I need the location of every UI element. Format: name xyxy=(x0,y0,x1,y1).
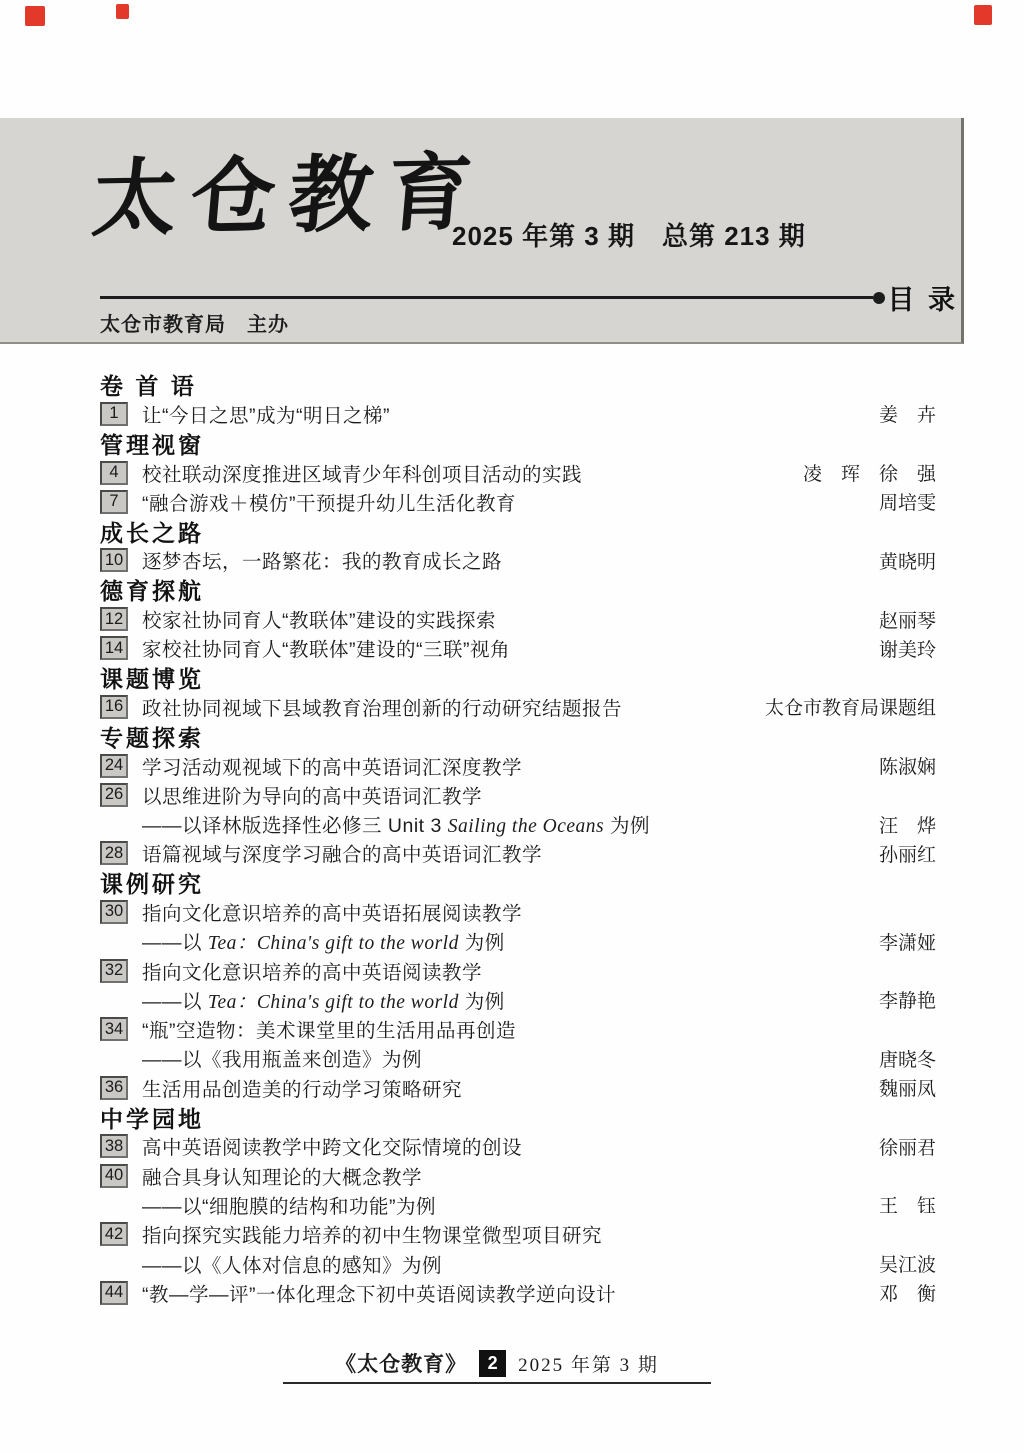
toc-entry-row: 24学习活动观视域下的高中英语词汇深度教学陈淑娴 xyxy=(100,751,936,780)
title-segment: 逐梦杏坛，一路繁花：我的教育成长之路 xyxy=(142,551,502,573)
title-segment: 高中英语阅读教学中跨文化交际情境的创设 xyxy=(142,1137,522,1159)
toc-entry-row: 44“教—学—评”一体化理念下初中英语阅读教学逆向设计邓 衡 xyxy=(100,1278,936,1307)
page-number-box: 7 xyxy=(100,490,128,514)
title-segment: 让“今日之思”成为“明日之梯” xyxy=(142,405,390,427)
title-segment: 学习活动观视域下的高中英语词汇深度教学 xyxy=(142,757,522,779)
title-segment: 以思维进阶为导向的高中英语词汇教学 xyxy=(142,786,482,808)
toc-entry-row: ——以《我用瓶盖来创造》为例唐晓冬 xyxy=(100,1044,936,1073)
toc-entry-row: 10逐梦杏坛，一路繁花：我的教育成长之路黄晓明 xyxy=(100,546,936,575)
title-segment: 为例 xyxy=(459,991,505,1013)
article-author: 汪 烨 xyxy=(879,811,936,838)
red-registration-mark xyxy=(25,6,45,26)
article-title: 校家社协同育人“教联体”建设的实践探索 xyxy=(142,605,496,633)
article-title: “瓶”空造物：美术课堂里的生活用品再创造 xyxy=(142,1015,516,1043)
title-segment: “融合游戏＋模仿”干预提升幼儿生活化教育 xyxy=(142,493,516,515)
horizontal-rule xyxy=(100,296,873,299)
page-number-box: 34 xyxy=(100,1017,128,1041)
title-segment: 语篇视域与深度学习融合的高中英语词汇教学 xyxy=(142,844,542,866)
title-segment: ——以“细胞膜的结构和功能”为例 xyxy=(142,1196,436,1218)
title-segment: 指向探究实践能力培养的初中生物课堂微型项目研究 xyxy=(142,1225,602,1247)
page-number-box: 24 xyxy=(100,754,128,778)
toc-entry-row: ——以《人体对信息的感知》为例吴江波 xyxy=(100,1249,936,1278)
article-author: 黄晓明 xyxy=(879,547,936,574)
toc-entry-row: 26以思维进阶为导向的高中英语词汇教学 xyxy=(100,780,936,809)
footer-page-number: 2 xyxy=(479,1350,506,1377)
toc-entry-row: 42指向探究实践能力培养的初中生物课堂微型项目研究 xyxy=(100,1220,936,1249)
article-title: “融合游戏＋模仿”干预提升幼儿生活化教育 xyxy=(142,488,516,516)
page-number-box: 12 xyxy=(100,607,128,631)
article-author: 吴江波 xyxy=(879,1250,936,1277)
article-author: 姜 卉 xyxy=(879,400,936,427)
english-title-segment: Tea：China's gift to the world xyxy=(208,933,459,954)
page-number-box: 1 xyxy=(100,402,128,426)
page-footer: 《太仓教育》 2 2025 年第 3 期 xyxy=(283,1348,711,1378)
toc-list: 卷 首 语1让“今日之思”成为“明日之梯”姜 卉管理视窗4校社联动深度推进区域青… xyxy=(100,370,936,1308)
toc-section-title: 课题博览 xyxy=(100,663,936,692)
toc-entry-row: 38高中英语阅读教学中跨文化交际情境的创设徐丽君 xyxy=(100,1132,936,1161)
english-title-segment: Sailing the Oceans xyxy=(448,816,604,837)
title-segment: 生活用品创造美的行动学习策略研究 xyxy=(142,1079,462,1101)
page-number-box: 16 xyxy=(100,695,128,719)
title-segment: ——以《人体对信息的感知》为例 xyxy=(142,1255,442,1277)
article-author: 陈淑娴 xyxy=(879,752,936,779)
toc-entry-row: 40融合具身认知理论的大概念教学 xyxy=(100,1161,936,1190)
toc-entry-row: ——以“细胞膜的结构和功能”为例王 钰 xyxy=(100,1190,936,1219)
title-segment: ——以译林版选择性必修三 Unit 3 xyxy=(142,815,448,837)
article-title: ——以译林版选择性必修三 Unit 3 Sailing the Oceans 为… xyxy=(142,810,650,838)
toc-entry-row: 36生活用品创造美的行动学习策略研究魏丽凤 xyxy=(100,1073,936,1102)
article-author: 邓 衡 xyxy=(879,1279,936,1306)
journal-title-calligraphy: 太仓教育 xyxy=(88,125,491,253)
toc-section-title: 中学园地 xyxy=(100,1102,936,1131)
page-number-box: 42 xyxy=(100,1222,128,1246)
title-segment: 校家社协同育人“教联体”建设的实践探索 xyxy=(142,610,496,632)
article-title: 指向文化意识培养的高中英语阅读教学 xyxy=(142,957,482,985)
title-segment: “瓶”空造物：美术课堂里的生活用品再创造 xyxy=(142,1020,516,1042)
toc-entry-row: 32指向文化意识培养的高中英语阅读教学 xyxy=(100,956,936,985)
article-author: 周培雯 xyxy=(879,488,936,515)
title-segment: 指向文化意识培养的高中英语拓展阅读教学 xyxy=(142,903,522,925)
toc-entry-row: 34“瓶”空造物：美术课堂里的生活用品再创造 xyxy=(100,1015,936,1044)
toc-entry-row: ——以译林版选择性必修三 Unit 3 Sailing the Oceans 为… xyxy=(100,809,936,838)
issue-number: 2025 年第 3 期 总第 213 期 xyxy=(452,216,806,253)
toc-section-title: 课例研究 xyxy=(100,868,936,897)
title-segment: “教—学—评”一体化理念下初中英语阅读教学逆向设计 xyxy=(142,1284,616,1306)
article-title: ——以 Tea：China's gift to the world 为例 xyxy=(142,986,505,1014)
bullet-dot-icon xyxy=(873,292,885,304)
page-number-box: 38 xyxy=(100,1134,128,1158)
article-title: 高中英语阅读教学中跨文化交际情境的创设 xyxy=(142,1132,522,1160)
toc-section-title: 管理视窗 xyxy=(100,429,936,458)
article-title: 让“今日之思”成为“明日之梯” xyxy=(142,400,390,428)
article-title: ——以 Tea：China's gift to the world 为例 xyxy=(142,927,505,955)
toc-entry-row: 7“融合游戏＋模仿”干预提升幼儿生活化教育周培雯 xyxy=(100,487,936,516)
article-title: 以思维进阶为导向的高中英语词汇教学 xyxy=(142,781,482,809)
title-segment: 为例 xyxy=(459,932,505,954)
article-author: 谢美玲 xyxy=(879,635,936,662)
footer-issue: 2025 年第 3 期 xyxy=(518,1350,659,1377)
article-author: 太仓市教育局课题组 xyxy=(765,693,936,720)
title-segment: 为例 xyxy=(604,815,650,837)
title-segment: ——以《我用瓶盖来创造》为例 xyxy=(142,1049,422,1071)
toc-entry-row: 1让“今日之思”成为“明日之梯”姜 卉 xyxy=(100,399,936,428)
toc-section-title: 卷 首 语 xyxy=(100,370,936,399)
article-author: 李静艳 xyxy=(879,986,936,1013)
toc-entry-row: ——以 Tea：China's gift to the world 为例李静艳 xyxy=(100,985,936,1014)
article-title: 家校社协同育人“教联体”建设的“三联”视角 xyxy=(142,634,510,662)
article-author: 赵丽琴 xyxy=(879,606,936,633)
article-title: “教—学—评”一体化理念下初中英语阅读教学逆向设计 xyxy=(142,1279,616,1307)
article-author: 孙丽红 xyxy=(879,840,936,867)
title-segment: 指向文化意识培养的高中英语阅读教学 xyxy=(142,962,482,984)
publisher-line: 太仓市教育局 主办 xyxy=(100,308,289,337)
page-number-box: 30 xyxy=(100,900,128,924)
article-title: 指向文化意识培养的高中英语拓展阅读教学 xyxy=(142,898,522,926)
title-segment: 校社联动深度推进区域青少年科创项目活动的实践 xyxy=(142,464,582,486)
article-title: 融合具身认知理论的大概念教学 xyxy=(142,1162,422,1190)
article-title: 政社协同视域下县域教育治理创新的行动研究结题报告 xyxy=(142,693,622,721)
title-segment: 政社协同视域下县域教育治理创新的行动研究结题报告 xyxy=(142,698,622,720)
page-number-box: 14 xyxy=(100,636,128,660)
article-author: 魏丽凤 xyxy=(879,1074,936,1101)
article-title: ——以《人体对信息的感知》为例 xyxy=(142,1250,442,1278)
page-number-box: 36 xyxy=(100,1076,128,1100)
toc-entry-row: 4校社联动深度推进区域青少年科创项目活动的实践凌 珲 徐 强 xyxy=(100,458,936,487)
title-segment: ——以 xyxy=(142,932,208,954)
page-number-box: 40 xyxy=(100,1164,128,1188)
toc-heading: 目 录 xyxy=(887,278,958,317)
article-author: 李潇娅 xyxy=(879,928,936,955)
article-title: 语篇视域与深度学习融合的高中英语词汇教学 xyxy=(142,839,542,867)
toc-entry-row: 12校家社协同育人“教联体”建设的实践探索赵丽琴 xyxy=(100,604,936,633)
article-author: 唐晓冬 xyxy=(879,1045,936,1072)
red-registration-mark xyxy=(116,4,129,19)
page-number-box: 32 xyxy=(100,959,128,983)
article-title: 指向探究实践能力培养的初中生物课堂微型项目研究 xyxy=(142,1220,602,1248)
title-segment: 融合具身认知理论的大概念教学 xyxy=(142,1167,422,1189)
scanned-toc-page: 太仓教育 2025 年第 3 期 总第 213 期 目 录 太仓市教育局 主办 … xyxy=(0,0,1024,1453)
english-title-segment: Tea：China's gift to the world xyxy=(208,992,459,1013)
article-author: 徐丽君 xyxy=(879,1133,936,1160)
page-number-box: 28 xyxy=(100,841,128,865)
toc-entry-row: 16政社协同视域下县域教育治理创新的行动研究结题报告太仓市教育局课题组 xyxy=(100,692,936,721)
page-number-box: 4 xyxy=(100,461,128,485)
footer-rule xyxy=(283,1382,711,1384)
toc-entry-row: 28语篇视域与深度学习融合的高中英语词汇教学孙丽红 xyxy=(100,839,936,868)
title-segment: ——以 xyxy=(142,991,208,1013)
article-author: 王 钰 xyxy=(879,1191,936,1218)
footer-journal-name: 《太仓教育》 xyxy=(335,1348,467,1378)
article-title: 校社联动深度推进区域青少年科创项目活动的实践 xyxy=(142,459,582,487)
toc-section-title: 专题探索 xyxy=(100,722,936,751)
page-number-box: 44 xyxy=(100,1281,128,1305)
page-number-box: 26 xyxy=(100,783,128,807)
article-title: 学习活动观视域下的高中英语词汇深度教学 xyxy=(142,752,522,780)
toc-section-title: 成长之路 xyxy=(100,516,936,545)
title-segment: 家校社协同育人“教联体”建设的“三联”视角 xyxy=(142,639,510,661)
article-author: 凌 珲 徐 强 xyxy=(803,459,936,486)
toc-entry-row: ——以 Tea：China's gift to the world 为例李潇娅 xyxy=(100,927,936,956)
article-title: 生活用品创造美的行动学习策略研究 xyxy=(142,1074,462,1102)
article-title: ——以“细胞膜的结构和功能”为例 xyxy=(142,1191,436,1219)
toc-entry-row: 14家校社协同育人“教联体”建设的“三联”视角谢美玲 xyxy=(100,634,936,663)
article-title: ——以《我用瓶盖来创造》为例 xyxy=(142,1044,422,1072)
toc-section-title: 德育探航 xyxy=(100,575,936,604)
toc-entry-row: 30指向文化意识培养的高中英语拓展阅读教学 xyxy=(100,897,936,926)
masthead-band: 太仓教育 2025 年第 3 期 总第 213 期 目 录 太仓市教育局 主办 xyxy=(0,118,964,344)
article-title: 逐梦杏坛，一路繁花：我的教育成长之路 xyxy=(142,546,502,574)
page-number-box: 10 xyxy=(100,548,128,572)
red-registration-mark xyxy=(974,5,992,25)
